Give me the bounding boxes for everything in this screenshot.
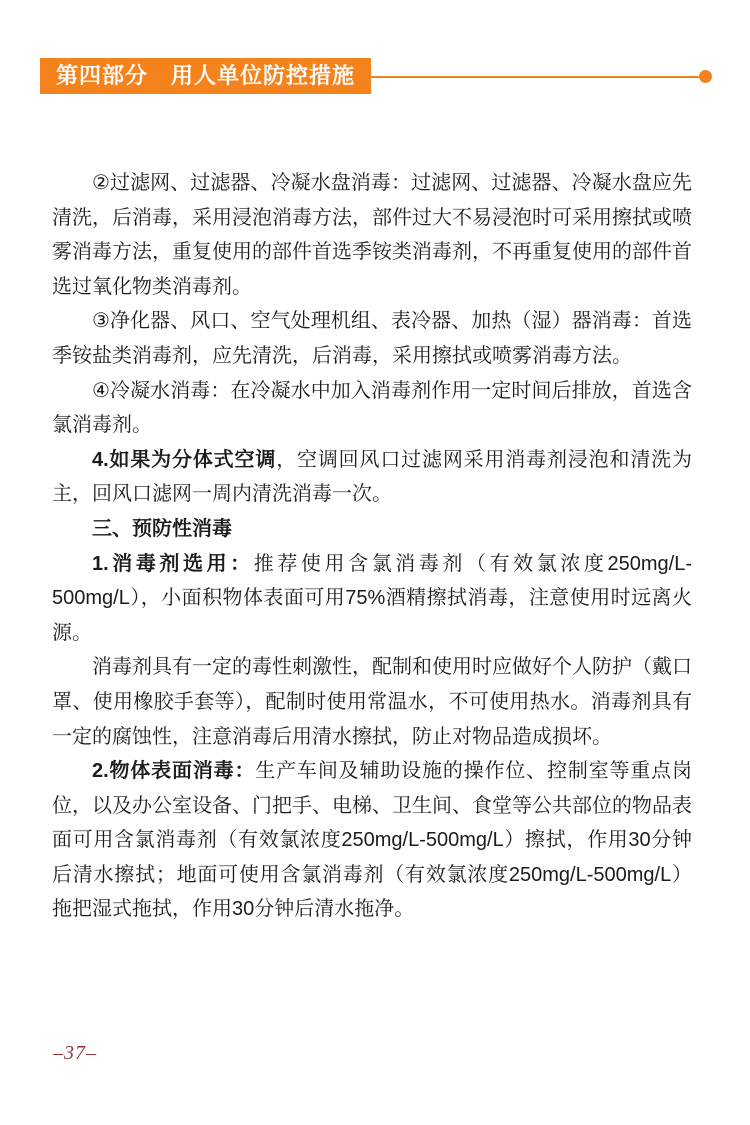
- page-number: –37–: [53, 1042, 97, 1065]
- body-paragraph: 1.消毒剂选用：推荐使用含氯消毒剂（有效氯浓度250mg/L-500mg/L），…: [52, 547, 692, 651]
- header-dot-icon: [699, 70, 712, 83]
- body-paragraph: ④冷凝水消毒：在冷凝水中加入消毒剂作用一定时间后排放，首选含氯消毒剂。: [52, 374, 692, 443]
- paragraph-lead: 4.如果为分体式空调: [92, 449, 276, 471]
- body-paragraph: 2.物体表面消毒：生产车间及辅助设施的操作位、控制室等重点岗位，以及办公室设备、…: [52, 754, 692, 927]
- header-rule-line: [346, 76, 702, 78]
- paragraph-text: 生产车间及辅助设施的操作位、控制室等重点岗位，以及办公室设备、门把手、电梯、卫生…: [52, 760, 692, 920]
- paragraph-lead: 2.物体表面消毒：: [92, 760, 255, 782]
- paragraph-text: ③净化器、风口、空气处理机组、表冷器、加热（湿）器消毒：首选季铵盐类消毒剂，应先…: [52, 310, 692, 367]
- body-text: ②过滤网、过滤器、冷凝水盘消毒：过滤网、过滤器、冷凝水盘应先清洗，后消毒，采用浸…: [52, 166, 692, 927]
- paragraph-lead: 1.消毒剂选用：: [92, 553, 254, 575]
- paragraph-text: ④冷凝水消毒：在冷凝水中加入消毒剂作用一定时间后排放，首选含氯消毒剂。: [52, 380, 692, 437]
- section-heading: 三、预防性消毒: [52, 512, 692, 547]
- document-page: 第四部分 用人单位防控措施 ②过滤网、过滤器、冷凝水盘消毒：过滤网、过滤器、冷凝…: [0, 0, 750, 1125]
- section-header-title: 第四部分 用人单位防控措施: [40, 58, 371, 94]
- section-header: 第四部分 用人单位防控措施: [40, 58, 714, 94]
- paragraph-text: ②过滤网、过滤器、冷凝水盘消毒：过滤网、过滤器、冷凝水盘应先清洗，后消毒，采用浸…: [52, 172, 692, 298]
- body-paragraph: 消毒剂具有一定的毒性刺激性，配制和使用时应做好个人防护（戴口罩、使用橡胶手套等）…: [52, 650, 692, 754]
- body-paragraph: 4.如果为分体式空调，空调回风口过滤网采用消毒剂浸泡和清洗为主，回风口滤网一周内…: [52, 443, 692, 512]
- paragraph-text: 消毒剂具有一定的毒性刺激性，配制和使用时应做好个人防护（戴口罩、使用橡胶手套等）…: [52, 656, 692, 747]
- paragraph-lead: 三、预防性消毒: [92, 518, 232, 540]
- body-paragraph: ③净化器、风口、空气处理机组、表冷器、加热（湿）器消毒：首选季铵盐类消毒剂，应先…: [52, 304, 692, 373]
- body-paragraph: ②过滤网、过滤器、冷凝水盘消毒：过滤网、过滤器、冷凝水盘应先清洗，后消毒，采用浸…: [52, 166, 692, 304]
